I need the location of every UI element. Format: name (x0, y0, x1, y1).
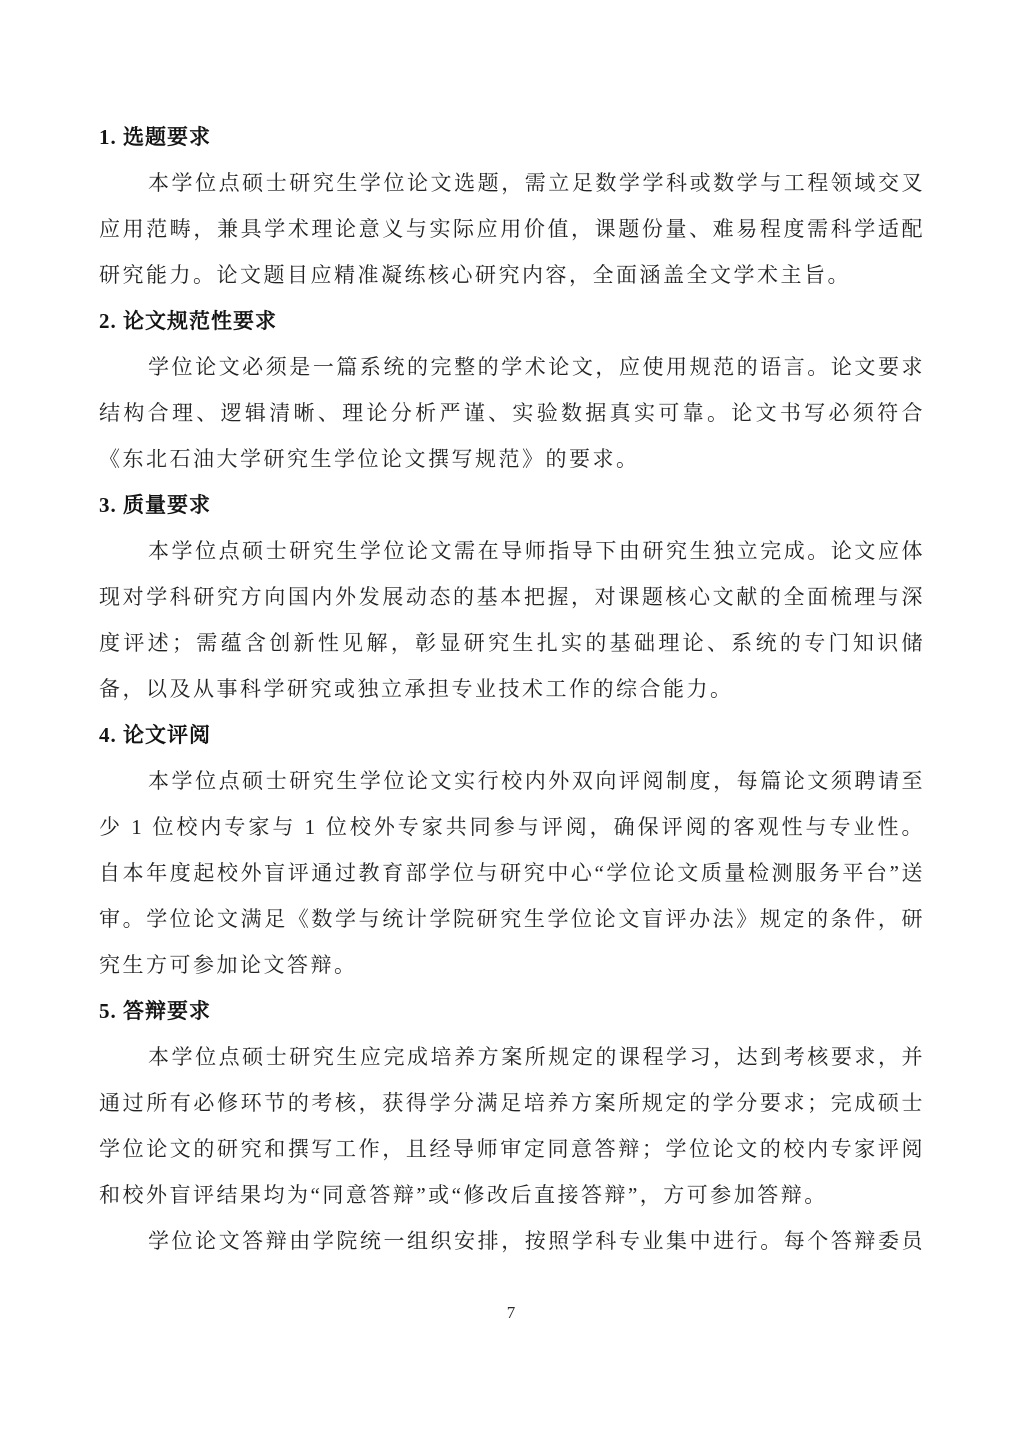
section-topic-requirements: 1. 选题要求 本学位点硕士研究生学位论文选题，需立足数学学科或数学与工程领域交… (99, 114, 925, 298)
page-footer: 7 (0, 1303, 1022, 1323)
section-4-paragraph-1: 本学位点硕士研究生学位论文实行校内外双向评阅制度，每篇论文须聘请至少 1 位校内… (99, 758, 925, 988)
document-page: 1. 选题要求 本学位点硕士研究生学位论文选题，需立足数学学科或数学与工程领域交… (0, 0, 1022, 1433)
section-5-heading: 5. 答辩要求 (99, 988, 925, 1034)
page-number: 7 (507, 1303, 516, 1322)
section-2-heading: 2. 论文规范性要求 (99, 298, 925, 344)
section-thesis-norm-requirements: 2. 论文规范性要求 学位论文必须是一篇系统的完整的学术论文，应使用规范的语言。… (99, 298, 925, 482)
section-3-paragraph-1: 本学位点硕士研究生学位论文需在导师指导下由研究生独立完成。论文应体现对学科研究方… (99, 528, 925, 712)
section-defense-requirements: 5. 答辩要求 本学位点硕士研究生应完成培养方案所规定的课程学习，达到考核要求，… (99, 988, 925, 1264)
document-content: 1. 选题要求 本学位点硕士研究生学位论文选题，需立足数学学科或数学与工程领域交… (99, 114, 925, 1264)
section-1-heading: 1. 选题要求 (99, 114, 925, 160)
section-thesis-review: 4. 论文评阅 本学位点硕士研究生学位论文实行校内外双向评阅制度，每篇论文须聘请… (99, 712, 925, 988)
section-2-paragraph-1: 学位论文必须是一篇系统的完整的学术论文，应使用规范的语言。论文要求结构合理、逻辑… (99, 344, 925, 482)
section-5-paragraph-1: 本学位点硕士研究生应完成培养方案所规定的课程学习，达到考核要求，并通过所有必修环… (99, 1034, 925, 1218)
section-quality-requirements: 3. 质量要求 本学位点硕士研究生学位论文需在导师指导下由研究生独立完成。论文应… (99, 482, 925, 712)
section-4-heading: 4. 论文评阅 (99, 712, 925, 758)
section-1-paragraph-1: 本学位点硕士研究生学位论文选题，需立足数学学科或数学与工程领域交叉应用范畴，兼具… (99, 160, 925, 298)
section-3-heading: 3. 质量要求 (99, 482, 925, 528)
section-5-paragraph-2: 学位论文答辩由学院统一组织安排，按照学科专业集中进行。每个答辩委员 (99, 1218, 925, 1264)
